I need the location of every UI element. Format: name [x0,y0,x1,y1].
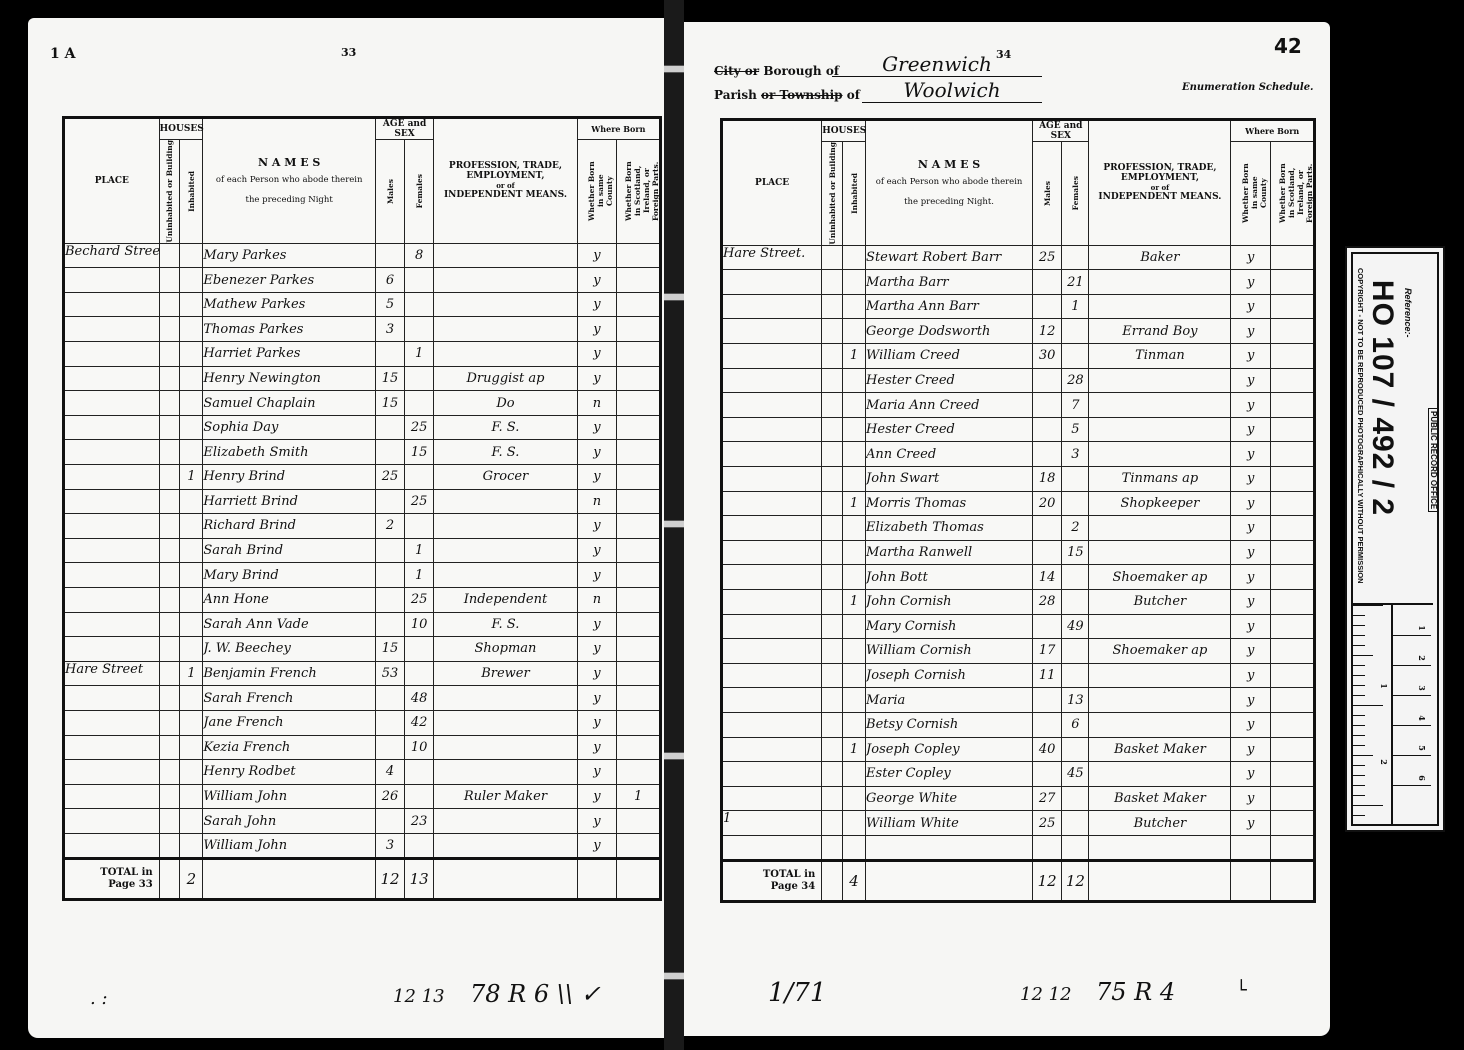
profession-cell [1089,614,1231,639]
males-cell: 15 [375,391,404,416]
profession-cell [1089,663,1231,688]
females-cell [1062,786,1089,811]
profession-cell [434,563,578,588]
name-cell: Ann Creed [866,442,1033,467]
uninhabited-cell [822,688,843,713]
place-cell [722,762,822,787]
females-cell [1062,835,1089,861]
females-cell: 5 [1062,417,1089,442]
name-cell: Elizabeth Smith [203,440,376,465]
inhabited-cell: 1 [843,491,866,516]
name-cell: Sarah Ann Vade [203,612,376,637]
tally-note: 12 12 [1020,984,1072,1005]
county-cell: y [1231,368,1271,393]
females-cell: 6 [1062,712,1089,737]
table-row: William Cornish17Shoemaker apy [722,639,1315,664]
females-cell: 2 [1062,516,1089,541]
foreign-cell [1271,639,1315,664]
profession-cell [1089,442,1231,467]
name-cell: William Creed [866,344,1033,369]
table-row: Betsy Cornish6y [722,712,1315,737]
profession-cell [434,735,578,760]
borough-value: Greenwich [832,52,1042,77]
females-cell [1062,737,1089,762]
county-cell: y [577,784,617,809]
table-row: Sarah Brind1y [64,538,661,563]
females-cell [1062,344,1089,369]
col-where-born: Where Born [577,118,660,140]
females-label: Females [1071,176,1080,210]
name-cell: Mary Cornish [866,614,1033,639]
profession-cell [434,686,578,711]
scale-cm-line [1391,725,1431,726]
uninhabited-cell [822,811,843,836]
census-rows: Bechard Street.Mary Parkes8yEbenezer Par… [64,243,661,859]
foreign-cell [1271,466,1315,491]
parish-text: Parish [714,88,757,102]
total-row: TOTAL in Page 34 4 12 12 [722,861,1315,902]
foreign-cell [617,391,661,416]
profession-cell [1089,540,1231,565]
profession-cell [434,243,578,268]
uninhabited-cell [822,712,843,737]
males-cell: 15 [375,637,404,662]
uninhabited-cell [822,589,843,614]
females-cell [1062,565,1089,590]
total-names [866,861,1033,902]
profession-cell: Druggist ap [434,366,578,391]
uninhabited-cell [822,294,843,319]
county-cell: y [577,563,617,588]
inhabited-cell [180,440,203,465]
profession-cell [434,833,578,859]
name-cell: Joseph Copley [866,737,1033,762]
county-cell: y [1231,589,1271,614]
name-cell: Betsy Cornish [866,712,1033,737]
uninhabited-cell [822,491,843,516]
females-cell [405,760,434,785]
males-cell: 40 [1033,737,1062,762]
county-cell: y [577,809,617,834]
uninhabited-cell [159,637,180,662]
foreign-cell [617,268,661,293]
females-cell: 45 [1062,762,1089,787]
males-cell [1033,688,1062,713]
foreign-cell [1271,737,1315,762]
table-row: Martha Ann Barr1y [722,294,1315,319]
scale-cm-number: 1 [1417,625,1427,631]
foreign-cell [617,587,661,612]
inhabited-cell: 1 [180,464,203,489]
males-label: Males [386,179,395,204]
inhabited-cell [843,393,866,418]
foreign-cell [1271,811,1315,836]
total-uninhabited [159,859,180,900]
males-cell [375,710,404,735]
name-cell: Martha Ranwell [866,540,1033,565]
total-foreign [617,859,661,900]
table-row: Mathew Parkes5y [64,292,661,317]
reference-code-wrap: HO 107 / 492 / 2 [1365,280,1399,516]
uninhabited-cell [159,391,180,416]
profession-cell: Ruler Maker [434,784,578,809]
names-sub1: of each Person who abode therein [203,175,375,185]
scale-tick [1353,635,1365,636]
uninhabited-cell [159,587,180,612]
males-cell [375,538,404,563]
total-names [203,859,376,900]
inhabited-label: Inhabited [850,173,859,214]
inhabited-cell [843,811,866,836]
foreign-label: Whether Born in Scotland, Ireland, or Fo… [1278,162,1306,224]
corner-mark: 1 A [50,46,75,62]
foreign-cell [1271,319,1315,344]
county-cell: y [577,243,617,268]
males-cell [375,563,404,588]
county-cell: y [577,760,617,785]
table-row: 1Joseph Copley40Basket Makery [722,737,1315,762]
scale-cm-line [1391,635,1431,636]
scale-tick [1353,715,1365,716]
profession-cell [434,538,578,563]
col-houses: HOUSES [822,120,866,142]
total-uninhabited [822,861,843,902]
uninhabited-cell [822,565,843,590]
place-cell [64,735,160,760]
name-cell: Hester Creed [866,368,1033,393]
profession-cell [434,514,578,539]
profession-cell: Independent [434,587,578,612]
uninhabited-cell [159,268,180,293]
foreign-cell [1271,393,1315,418]
males-cell: 15 [375,366,404,391]
males-cell [1033,762,1062,787]
table-row: Ebenezer Parkes6y [64,268,661,293]
county-cell: y [1231,663,1271,688]
county-cell: y [577,440,617,465]
foreign-cell [617,612,661,637]
foreign-cell [1271,835,1315,861]
profession-cell [1089,270,1231,295]
scale-cm-number: 6 [1417,775,1427,781]
place-cell [722,835,822,861]
place-cell [64,268,160,293]
place-cell [64,637,160,662]
col-uninhabited: Uninhabited or Building [159,140,180,244]
males-cell: 17 [1033,639,1062,664]
females-cell: 1 [1062,294,1089,319]
copyright-notice: COPYRIGHT - NOT TO BE REPRODUCED PHOTOGR… [1356,268,1365,568]
inhabited-cell: 1 [843,737,866,762]
profession-cell: Basket Maker [1089,786,1231,811]
name-cell: Martha Barr [866,270,1033,295]
foreign-cell [1271,417,1315,442]
males-cell: 12 [1033,319,1062,344]
place-cell [64,833,160,859]
profession-cell: Grocer [434,464,578,489]
table-row: Elizabeth Smith15F. S.y [64,440,661,465]
uninhabited-cell [822,417,843,442]
scale-tick [1353,605,1383,606]
uninhabited-cell [822,762,843,787]
profession-cell [1089,835,1231,861]
left-note: 1/71 [768,978,826,1008]
left-page: 1 A 33 PLACE HOUSES N A M E S of each Pe… [28,18,664,1038]
males-cell: 25 [1033,245,1062,270]
inhabited-cell [843,294,866,319]
table-row: Samuel Chaplain15Don [64,391,661,416]
scale-tick [1353,815,1365,816]
inhabited-cell [843,540,866,565]
profession-cell [434,760,578,785]
inhabited-cell [843,614,866,639]
females-cell [1062,319,1089,344]
foreign-cell: 1 [617,784,661,809]
females-cell [1062,811,1089,836]
county-cell: y [577,268,617,293]
table-row: William John3y [64,833,661,859]
col-profession: PROFESSION, TRADE, EMPLOYMENT, or of IND… [434,118,578,244]
col-age-sex: AGE and SEX [375,118,433,140]
males-cell [375,440,404,465]
place-cell: Hare Street. [722,245,822,270]
county-cell: y [1231,565,1271,590]
total-inhabited: 2 [180,859,203,900]
females-cell [1062,491,1089,516]
uninhabited-cell [159,760,180,785]
inhabited-cell [843,270,866,295]
county-cell: y [1231,811,1271,836]
county-cell: y [577,538,617,563]
place-cell [722,319,822,344]
uninhabited-cell [159,833,180,859]
place-cell [64,391,160,416]
males-cell: 30 [1033,344,1062,369]
males-cell [1033,270,1062,295]
place-cell: 1 [722,811,822,836]
county-cell: y [1231,393,1271,418]
profession-cell: F. S. [434,612,578,637]
name-cell: Harriett Brind [203,489,376,514]
uninhabited-cell [822,614,843,639]
county-cell: y [1231,762,1271,787]
females-cell: 1 [405,538,434,563]
county-cell: y [577,612,617,637]
profession-cell [1089,393,1231,418]
males-cell [1033,294,1062,319]
scale-tick [1353,705,1383,706]
name-cell: Sarah John [203,809,376,834]
total-females: 13 [405,859,434,900]
place-cell [722,565,822,590]
place-cell [722,663,822,688]
col-place: PLACE [722,120,822,246]
foreign-cell [617,292,661,317]
code-note: 75 R 4 [1096,978,1175,1006]
borough-label: City or Borough of [714,64,839,78]
scale-cm-number: 5 [1417,745,1427,751]
males-cell [1033,393,1062,418]
scale-inch-number: 2 [1379,759,1389,765]
males-cell: 25 [375,464,404,489]
foreign-cell [1271,368,1315,393]
census-rows: Hare Street.Stewart Robert Barr25BakeryM… [722,245,1315,861]
names-title: N A M E S [203,156,375,169]
profession-cell: Butcher [1089,811,1231,836]
prof-line-2: EMPLOYMENT, [434,171,577,181]
uninhabited-cell [159,735,180,760]
table-row: Mary Cornish49y [722,614,1315,639]
name-cell: George White [866,786,1033,811]
col-uninhabited: Uninhabited or Building [822,142,843,246]
right-page: 34 42 City or Borough of Greenwich Paris… [684,22,1330,1036]
table-row: Sophia Day25F. S.y [64,415,661,440]
inhabited-cell: 1 [843,589,866,614]
inhabited-cell [843,835,866,861]
name-cell: Joseph Cornish [866,663,1033,688]
scale-cm-line [1391,755,1431,756]
total-foreign [1271,861,1315,902]
foreign-cell [1271,663,1315,688]
uninhabited-label: Uninhabited or Building [828,142,837,245]
place-cell [722,417,822,442]
foreign-cell [1271,245,1315,270]
foreign-cell [617,538,661,563]
scale-tick [1353,745,1365,746]
prof-line-3: or of [1089,183,1230,192]
parish-struck: or Township [761,88,843,102]
inhabited-cell [180,710,203,735]
foreign-cell [617,710,661,735]
col-where-born: Where Born [1231,120,1315,142]
county-cell: y [577,342,617,367]
county-cell: y [577,514,617,539]
name-cell: Morris Thomas [866,491,1033,516]
place-cell [64,809,160,834]
profession-cell [434,809,578,834]
inhabited-cell [180,563,203,588]
males-cell: 53 [375,661,404,686]
inhabited-cell [843,565,866,590]
county-cell: y [1231,737,1271,762]
profession-cell: Shopman [434,637,578,662]
table-row: 1Morris Thomas20Shopkeepery [722,491,1315,516]
foreign-cell [1271,614,1315,639]
parish-label: Parish or Township of [714,88,860,102]
males-cell [1033,712,1062,737]
table-row: John Bott14Shoemaker apy [722,565,1315,590]
county-cell: y [1231,688,1271,713]
males-label: Males [1043,181,1052,206]
foreign-cell [617,514,661,539]
place-cell [722,466,822,491]
place-cell [64,489,160,514]
scale-tick [1353,645,1365,646]
inhabited-cell [843,442,866,467]
males-cell: 3 [375,317,404,342]
table-row: Sarah John23y [64,809,661,834]
place-cell [722,737,822,762]
females-cell: 13 [1062,688,1089,713]
col-same-county: Whether Born in same County [577,140,617,244]
females-cell [405,833,434,859]
page-number: 33 [341,46,356,59]
scale-cm-number: 3 [1417,685,1427,691]
table-row: Hester Creed28y [722,368,1315,393]
scale-cm-line [1391,785,1431,786]
prof-line-1: PROFESSION, TRADE, [434,161,577,171]
scale-tick [1353,735,1365,736]
name-cell: Benjamin French [203,661,376,686]
name-cell: Jane French [203,710,376,735]
inhabited-cell [843,417,866,442]
place-cell [64,612,160,637]
females-cell: 15 [405,440,434,465]
measure-scale: 12345612 [1353,603,1433,825]
col-same-county: Whether Born in same County [1231,142,1271,246]
inhabited-cell [843,319,866,344]
profession-cell: Tinman [1089,344,1231,369]
prof-line-4: INDEPENDENT MEANS. [434,190,577,200]
inhabited-cell [843,516,866,541]
col-houses: HOUSES [159,118,203,140]
table-row: Harriet Parkes1y [64,342,661,367]
males-cell [375,735,404,760]
county-cell: n [577,587,617,612]
inhabited-cell [180,391,203,416]
females-cell: 25 [405,587,434,612]
profession-cell [434,710,578,735]
females-cell: 3 [1062,442,1089,467]
place-cell: Bechard Street. [64,243,160,268]
total-label: TOTAL in Page 33 [64,859,160,900]
name-cell: Samuel Chaplain [203,391,376,416]
profession-cell: F. S. [434,440,578,465]
males-cell: 5 [375,292,404,317]
profession-cell [1089,368,1231,393]
prof-line-3: or of [434,181,577,190]
total-profession [434,859,578,900]
census-table: PLACE HOUSES N A M E S of each Person wh… [720,118,1316,903]
uninhabited-cell [822,270,843,295]
males-cell: 18 [1033,466,1062,491]
place-cell [64,292,160,317]
males-cell: 11 [1033,663,1062,688]
males-cell [375,612,404,637]
county-cell: y [577,735,617,760]
table-row: 1John Cornish28Butchery [722,589,1315,614]
name-cell: Hester Creed [866,417,1033,442]
census-table: PLACE HOUSES N A M E S of each Person wh… [62,116,662,901]
males-cell: 14 [1033,565,1062,590]
females-cell [1062,589,1089,614]
males-cell: 25 [1033,811,1062,836]
inhabited-cell [180,243,203,268]
inhabited-cell [843,368,866,393]
place-cell [64,342,160,367]
col-names: N A M E S of each Person who abode there… [866,120,1033,246]
uninhabited-cell [159,809,180,834]
col-males: Males [375,140,404,244]
county-cell: y [577,317,617,342]
table-row: Henry Rodbet4y [64,760,661,785]
name-cell: Ester Copley [866,762,1033,787]
place-cell [722,368,822,393]
col-foreign: Whether Born in Scotland, Ireland, or Fo… [1271,142,1315,246]
profession-cell [434,342,578,367]
scale-tick [1353,795,1365,796]
females-cell: 25 [405,489,434,514]
